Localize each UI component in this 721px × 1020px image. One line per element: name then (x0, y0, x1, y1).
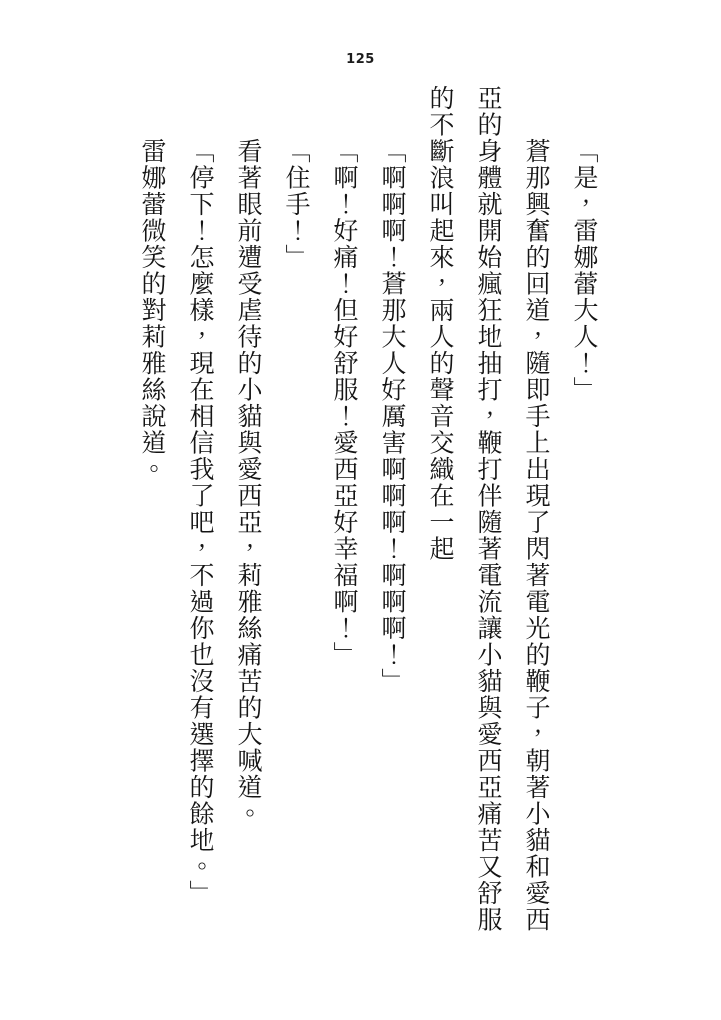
narration-paragraph: 蒼那興奮的回道，隨即手上出現了閃著電光的鞭子，朝著小貓和愛西亞的身體就開始瘋狂地… (415, 85, 559, 937)
dialogue-paragraph: 「停下！怎麼樣，現在相信我了吧，不過你也沒有選擇的餘地。」 (175, 85, 223, 937)
dialogue-paragraph: 「住手！」 (271, 85, 319, 937)
narration-paragraph: 雷娜蕾微笑的對莉雅絲說道。 (127, 85, 175, 937)
dialogue-paragraph: 「啊啊啊！蒼那大人好厲害啊啊啊！啊啊啊！」 (367, 85, 415, 937)
dialogue-paragraph: 「啊！好痛！但好舒服！愛西亞好幸福啊！」 (319, 85, 367, 937)
book-page: 125 「是，雷娜蕾大人！」 蒼那興奮的回道，隨即手上出現了閃著電光的鞭子，朝著… (0, 0, 721, 1020)
vertical-text-area: 「是，雷娜蕾大人！」 蒼那興奮的回道，隨即手上出現了閃著電光的鞭子，朝著小貓和愛… (127, 85, 607, 937)
dialogue-paragraph: 「是，雷娜蕾大人！」 (559, 85, 607, 937)
narration-paragraph: 看著眼前遭受虐待的小貓與愛西亞，莉雅絲痛苦的大喊道。 (223, 85, 271, 937)
page-number: 125 (0, 52, 721, 67)
